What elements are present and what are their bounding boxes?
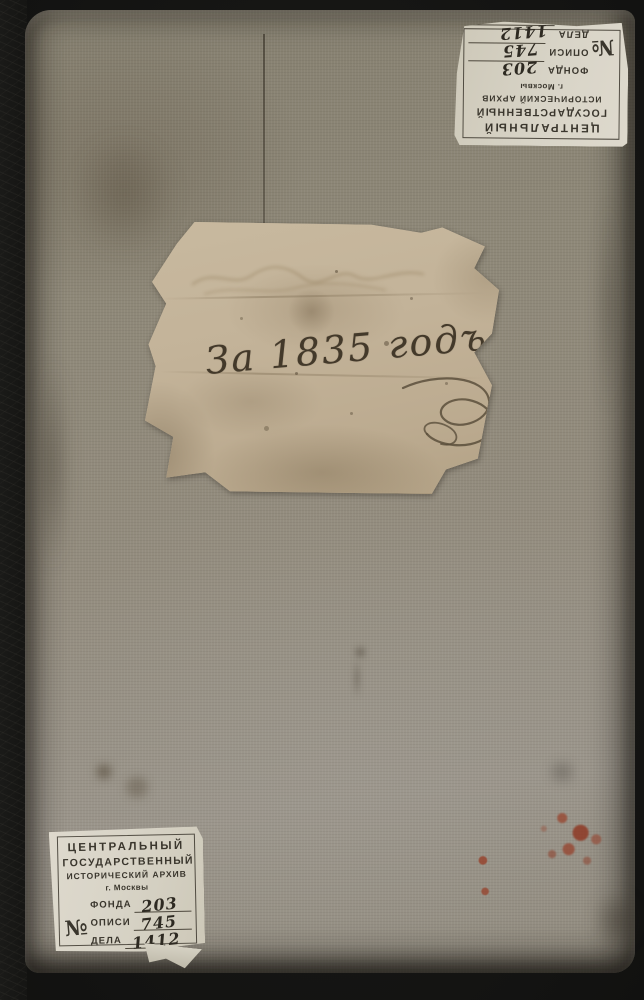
delo-label: ДЕЛА [558, 25, 589, 39]
delo-label: ДЕЛА [91, 935, 122, 950]
archive-stamp-rows: № ФОНДА 203 ОПИСИ 745 [63, 894, 192, 951]
archive-stamp-rows: № ФОНДА 203 ОПИСИ 745 [468, 24, 616, 80]
fond-label: ФОНДА [90, 899, 132, 914]
red-stain-cluster [530, 800, 622, 882]
torn-paper-edge [142, 943, 202, 971]
fond-label: ФОНДА [547, 61, 589, 75]
opis-row: ОПИСИ 745 [468, 42, 588, 61]
opis-label: ОПИСИ [548, 43, 588, 57]
archive-stamp-frame: ЦЕНТРАЛЬНЫЙ ГОСУДАРСТВЕННЫЙ ИСТОРИЧЕСКИЙ… [462, 28, 620, 140]
archive-stamp-label-bottom: ЦЕНТРАЛЬНЫЙ ГОСУДАРСТВЕННЫЙ ИСТОРИЧЕСКИЙ… [49, 826, 206, 953]
faded-ghost-writing [185, 250, 445, 300]
number-sign: № [588, 35, 616, 62]
number-sign: № [63, 913, 92, 940]
delo-row: ДЕЛА 1412 [468, 24, 588, 43]
archive-org-line: ИСТОРИЧЕСКИЙ АРХИВ [63, 868, 191, 883]
delo-underline: 1412 [468, 24, 554, 44]
archive-org-line: ИСТОРИЧЕСКИЙ АРХИВ [468, 91, 615, 105]
title-label-wrap: За 1835 годъ [145, 222, 499, 494]
fabric-stain [29, 330, 75, 600]
archive-stamp-label-top: ЦЕНТРАЛЬНЫЙ ГОСУДАРСТВЕННЫЙ ИСТОРИЧЕСКИЙ… [454, 21, 628, 147]
fabric-stain [71, 750, 181, 812]
opis-underline: 745 [468, 42, 545, 62]
title-label: За 1835 годъ [145, 222, 499, 494]
fond-underline: 203 [134, 893, 191, 913]
delo-value-handwritten: 1412 [498, 21, 548, 44]
archive-org-line: ЦЕНТРАЛЬНЫЙ [467, 118, 614, 135]
fond-row: ФОНДА 203 [468, 60, 588, 79]
fabric-stain [325, 630, 389, 704]
archive-stamp-frame: ЦЕНТРАЛЬНЫЙ ГОСУДАРСТВЕННЫЙ ИСТОРИЧЕСКИЙ… [57, 834, 197, 947]
flourish-ornament [397, 370, 509, 460]
book-cover: ЦЕНТРАЛЬНЫЙ ГОСУДАРСТВЕННЫЙ ИСТОРИЧЕСКИЙ… [25, 10, 635, 973]
fabric-stain [585, 882, 644, 958]
archival-cover-photo: ЦЕНТРАЛЬНЫЙ ГОСУДАРСТВЕННЫЙ ИСТОРИЧЕСКИЙ… [0, 0, 644, 1000]
fabric-stain [595, 175, 621, 435]
ink-specks [145, 222, 148, 225]
backdrop-left-edge [0, 0, 27, 1000]
archive-org-line: ГОСУДАРСТВЕННЫЙ [468, 104, 615, 119]
red-stain-dots [473, 848, 495, 910]
fabric-stain [540, 752, 584, 792]
fond-underline: 203 [468, 60, 544, 80]
